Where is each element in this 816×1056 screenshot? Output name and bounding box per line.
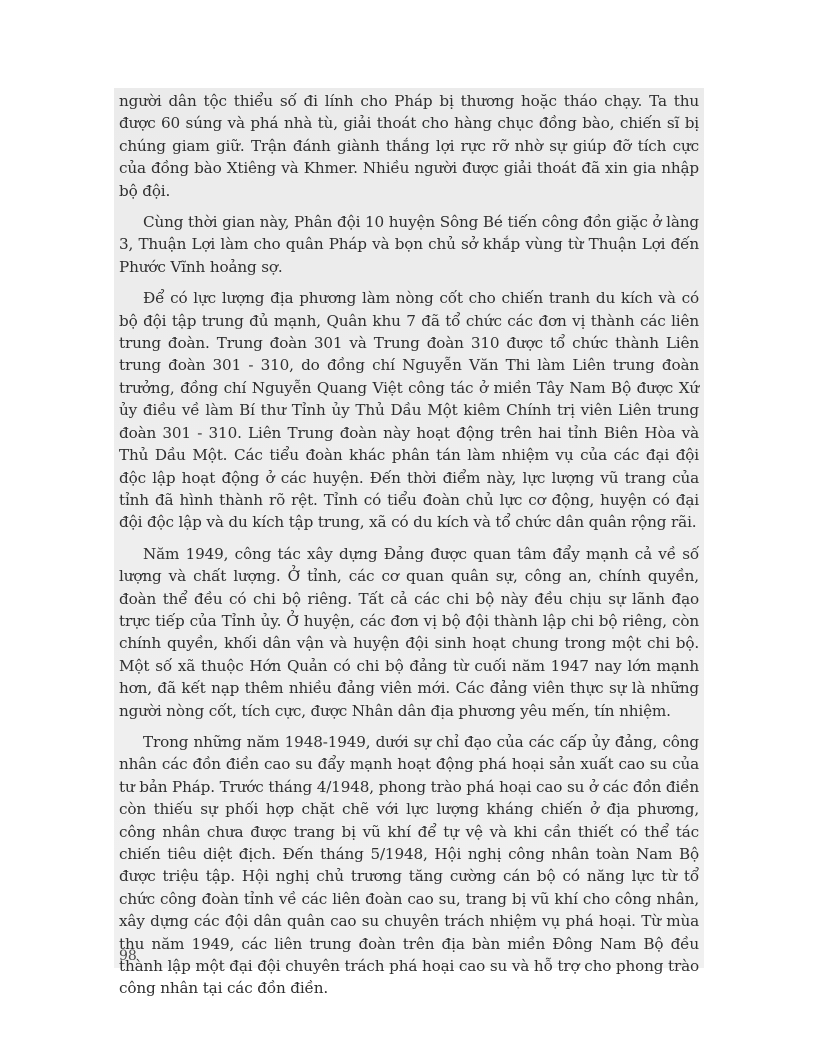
paragraph-continuation: người dân tộc thiểu số đi lính cho Pháp … [119,90,699,202]
paragraph-rubber-plantations: Trong những năm 1948-1949, dưới sự chỉ đ… [119,731,699,1000]
page-number: 98 [119,948,137,964]
paragraph-party-building-1949: Năm 1949, công tác xây dựng Đảng được qu… [119,543,699,722]
paragraph-regiments: Để có lực lượng địa phương làm nòng cốt … [119,287,699,533]
page-body: người dân tộc thiểu số đi lính cho Pháp … [119,90,699,1009]
paragraph-song-be-attack: Cùng thời gian này, Phân đội 10 huyện Sô… [119,211,699,278]
